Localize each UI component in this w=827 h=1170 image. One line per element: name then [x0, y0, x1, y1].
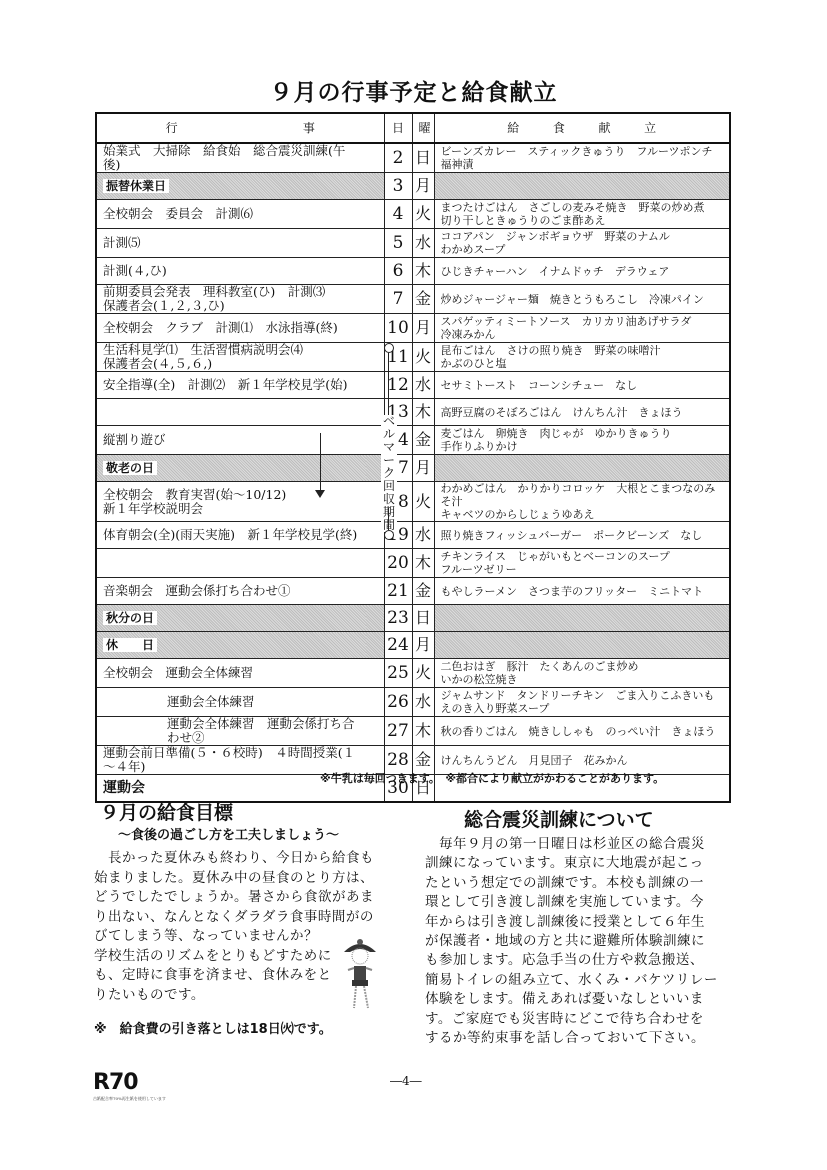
text-line: も参加します。応急手当の仕方や救急搬送、 [425, 951, 740, 970]
event-text: 運動会 [103, 780, 145, 796]
text-line: 年からは引き渡し訓練後に授業として６年生 [425, 913, 740, 932]
bellmark-cell [366, 632, 384, 659]
table-row: 敬老の日17月 [96, 455, 730, 482]
table-row: 前期委員会発表 理科教室(ひ) 計測⑶保護者会(１,２,３,ひ)7金炒めジャージ… [96, 285, 730, 314]
weekday-cell: 月 [412, 632, 434, 659]
event-cell: 計測(４,ひ) [96, 258, 366, 285]
text-line: 始まりました。夏休み中の昼食のとり方は、 [94, 869, 384, 889]
weekday-cell: 火 [412, 200, 434, 229]
menu-cell: ビーンズカレー スティックきゅうり フルーツポンチ福神漬 [434, 143, 730, 173]
table-row: 13木高野豆腐のそぼろごはん けんちん汁 きょほう [96, 399, 730, 426]
event-cell: 生活科見学⑴ 生活習慣病説明会⑷保護者会(４,５,６,) [96, 343, 366, 372]
weekday-cell: 月 [412, 173, 434, 200]
weekday-cell: 日 [412, 143, 434, 173]
menu-cell: ココアパン ジャンボギョウザ 野菜のナムルわかめスープ [434, 229, 730, 258]
event-text: 保護者会(４,５,６,) [103, 356, 212, 371]
table-row: 秋分の日23日 [96, 605, 730, 632]
event-text: 運動会全体練習 運動会係打ち合わせ② [167, 716, 355, 745]
event-cell: 秋分の日 [96, 605, 366, 632]
school-visit-arrow-line [320, 433, 321, 493]
bellmark-cell [366, 549, 384, 578]
menu-line: えのき入り野菜スープ [441, 702, 724, 715]
arrow-down-icon [315, 490, 325, 498]
menu-line: 二色おはぎ 豚汁 たくあんのごま炒め [441, 660, 724, 673]
weekday-cell: 金 [412, 578, 434, 605]
girl-illustration-icon [340, 938, 380, 1010]
event-text: 計測(４,ひ) [103, 263, 167, 278]
day-cell: 4 [384, 200, 412, 229]
bellmark-cell [366, 688, 384, 717]
bellmark-cell [366, 717, 384, 746]
table-row: 全校朝会 委員会 計測⑹4火まつたけごはん さごしの麦みそ焼き 野菜の炒め煮切り… [96, 200, 730, 229]
event-cell: 全校朝会 クラブ 計測⑴ 水泳指導(終) [96, 314, 366, 343]
weekday-cell: 水 [412, 229, 434, 258]
table-row: 縦割り遊び14金麦ごはん 卵焼き 肉じゃが ゆかりきゅうり手作りふりかけ [96, 426, 730, 455]
holiday-label: 休 日 [103, 638, 157, 652]
event-cell: 全校朝会 委員会 計測⑹ [96, 200, 366, 229]
menu-line: フルーツゼリー [441, 563, 724, 576]
weekday-cell: 金 [412, 426, 434, 455]
table-header-row: 行 事 日 曜 給 食 献 立 [96, 113, 730, 143]
menu-cell: 高野豆腐のそぼろごはん けんちん汁 きょほう [434, 399, 730, 426]
weekday-cell: 水 [412, 688, 434, 717]
table-row: 計測⑸5水ココアパン ジャンボギョウザ 野菜のナムルわかめスープ [96, 229, 730, 258]
menu-line: スパゲッティミートソース カリカリ油あげサラダ [441, 315, 724, 328]
menu-cell: もやしラーメン さつま芋のフリッター ミニトマト [434, 578, 730, 605]
bellmark-line [388, 353, 389, 415]
event-text: 運動会前日準備(５・６校時) ４時間授業(１～４年) [103, 745, 355, 774]
bellmark-cell [366, 659, 384, 688]
table-row: 音楽朝会 運動会係打ち合わせ①21金もやしラーメン さつま芋のフリッター ミニト… [96, 578, 730, 605]
table-row: 計測(４,ひ)6木ひじきチャーハン イナムドゥチ デラウェア [96, 258, 730, 285]
event-cell: 音楽朝会 運動会係打ち合わせ① [96, 578, 366, 605]
menu-cell: 照り焼きフィッシュバーガー ポークビーンズ なし [434, 522, 730, 549]
weekday-cell: 月 [412, 455, 434, 482]
header-menu-char: 給 [507, 121, 519, 135]
text-line: 体験をします。備えあれば憂いなしといいま [425, 990, 740, 1009]
menu-cell: スパゲッティミートソース カリカリ油あげサラダ冷凍みかん [434, 314, 730, 343]
bellmark-cell [366, 143, 384, 173]
event-text: 縦割り遊び [103, 432, 166, 447]
event-text: 新１年学校説明会 [103, 501, 203, 516]
bellmark-cell [366, 258, 384, 285]
weekday-cell: 月 [412, 314, 434, 343]
text-line: す。ご家庭でも災害時にどこで待ち合わせを [425, 1010, 740, 1029]
text-line: 訓練になっています。東京に大地震が起こっ [425, 854, 740, 873]
menu-line: 昆布ごはん さけの照り焼き 野菜の味噌汁 [441, 344, 724, 357]
table-row: 体育朝会(全)(雨天実施) 新１年学校見学(終)19水照り焼きフィッシュバーガー… [96, 522, 730, 549]
table-row: 運動会全体練習26水ジャムサンド タンドリーチキン ごま入りこふきいもえのき入り… [96, 688, 730, 717]
event-text: 生活科見学⑴ 生活習慣病説明会⑷ [103, 342, 303, 357]
menu-line: 手作りふりかけ [441, 440, 724, 453]
text-line: が保護者・地域の方と共に避難所体験訓練に [425, 932, 740, 951]
table-row: 運動会全体練習 運動会係打ち合わせ②27木秋の香りごはん 焼きししゃも のっぺい… [96, 717, 730, 746]
menu-line: まつたけごはん さごしの麦みそ焼き 野菜の炒め煮 [441, 201, 724, 214]
bellmark-cell [366, 285, 384, 314]
weekday-cell: 木 [412, 717, 434, 746]
menu-line: チキンライス じゃがいもとベーコンのスープ [441, 550, 724, 563]
menu-cell: チキンライス じゃがいもとベーコンのスープフルーツゼリー [434, 549, 730, 578]
menu-cell: 麦ごはん 卵焼き 肉じゃが ゆかりきゅうり手作りふりかけ [434, 426, 730, 455]
bellmark-cell [366, 229, 384, 258]
table-row: 振替休業日3月 [96, 173, 730, 200]
menu-cell: ジャムサンド タンドリーチキン ごま入りこふきいもえのき入り野菜スープ [434, 688, 730, 717]
text-line: どうでしたでしょうか。暑さから食欲があま [94, 888, 384, 908]
event-text: 保護者会(１,２,３,ひ) [103, 298, 225, 313]
event-text: 前期委員会発表 理科教室(ひ) 計測⑶ [103, 284, 325, 299]
recycled-paper-logo: R70 [93, 1070, 138, 1095]
holiday-label: 敬老の日 [103, 461, 157, 475]
header-menu: 給 食 献 立 [434, 113, 730, 143]
bellmark-cell [366, 200, 384, 229]
bellmark-cell [366, 314, 384, 343]
menu-cell: セサミトースト コーンシチュー なし [434, 372, 730, 399]
lunch-goal-subheading: ～食後の過ごし方を工夫しましょう～ [118, 824, 339, 843]
event-cell: 休 日 [96, 632, 366, 659]
weekday-cell: 日 [412, 605, 434, 632]
weekday-cell: 木 [412, 258, 434, 285]
header-menu-char: 食 [553, 121, 565, 135]
menu-line: 冷凍みかん [441, 328, 724, 341]
event-text: 音楽朝会 運動会係打ち合わせ① [103, 583, 291, 598]
menu-line: キャベツのからしじょうゆあえ [441, 508, 724, 521]
day-cell: 24 [384, 632, 412, 659]
menu-line: もやしラーメン さつま芋のフリッター ミニトマト [441, 585, 724, 598]
day-cell: 23 [384, 605, 412, 632]
event-text: 運動会全体練習 [167, 694, 255, 709]
weekday-cell: 木 [412, 399, 434, 426]
event-cell: 体育朝会(全)(雨天実施) 新１年学校見学(終) [96, 522, 366, 549]
menu-notes: ※牛乳は毎回つきます。 ※都合により献立がかわることがあります。 [320, 770, 664, 786]
event-cell: 振替休業日 [96, 173, 366, 200]
event-cell: 縦割り遊び [96, 426, 366, 455]
bellmark-cell [366, 605, 384, 632]
weekday-cell: 水 [412, 522, 434, 549]
menu-line: 炒めジャージャー麺 焼きとうもろこし 冷凍パイン [441, 293, 724, 306]
weekday-cell: 水 [412, 372, 434, 399]
page-title: ９月の行事予定と給食献立 [0, 74, 827, 107]
earthquake-drill-heading: 総合震災訓練について [464, 805, 654, 832]
header-event-left: 行 [166, 121, 178, 135]
text-line: 毎年９月の第一日曜日は杉並区の総合震災 [425, 835, 740, 854]
schedule-table: 行 事 日 曜 給 食 献 立 始業式 大掃除 給食始 総合震災訓練(午後)2日… [95, 112, 731, 803]
table-row: 全校朝会 教育実習(始～10/12)新１年学校説明会18火わかめごはん かりかり… [96, 482, 730, 522]
event-text: 始業式 大掃除 給食始 総合震災訓練(午後) [103, 143, 345, 172]
menu-line: いかの松笠焼き [441, 673, 724, 686]
menu-line: けんちんうどん 月見団子 花みかん [441, 754, 724, 767]
day-cell: 3 [384, 173, 412, 200]
header-dow: 曜 [412, 113, 434, 143]
text-line: り出ない、なんとなくダラダラ食事時間がの [94, 908, 384, 928]
menu-cell: わかめごはん かりかりコロッケ 大根とこまつなのみそ汁キャベツのからしじょうゆあ… [434, 482, 730, 522]
holiday-label: 秋分の日 [103, 611, 157, 625]
table-row: 安全指導(全) 計測⑵ 新１年学校見学(始)12水セサミトースト コーンシチュー… [96, 372, 730, 399]
day-cell: 10 [384, 314, 412, 343]
menu-line: ジャムサンド タンドリーチキン ごま入りこふきいも [441, 689, 724, 702]
menu-cell: 昆布ごはん さけの照り焼き 野菜の味噌汁かぶのひと塩 [434, 343, 730, 372]
menu-line: ひじきチャーハン イナムドゥチ デラウェア [441, 265, 724, 278]
menu-cell: 炒めジャージャー麺 焼きとうもろこし 冷凍パイン [434, 285, 730, 314]
weekday-cell: 火 [412, 482, 434, 522]
event-cell [96, 549, 366, 578]
event-cell: 運動会全体練習 運動会係打ち合わせ② [96, 717, 366, 746]
menu-line: わかめごはん かりかりコロッケ 大根とこまつなのみそ汁 [441, 482, 724, 508]
header-day: 日 [384, 113, 412, 143]
weekday-cell: 火 [412, 343, 434, 372]
header-event-right: 事 [303, 121, 315, 135]
menu-cell [434, 455, 730, 482]
menu-line: ビーンズカレー スティックきゅうり フルーツポンチ [441, 145, 724, 158]
menu-cell [434, 173, 730, 200]
table-row: 20木チキンライス じゃがいもとベーコンのスープフルーツゼリー [96, 549, 730, 578]
event-text: 安全指導(全) 計測⑵ 新１年学校見学(始) [103, 377, 348, 392]
day-cell: 7 [384, 285, 412, 314]
event-cell: 敬老の日 [96, 455, 366, 482]
text-line: 簡易トイレの組み立て、水くみ・バケツリレー [425, 971, 740, 990]
day-cell: 25 [384, 659, 412, 688]
weekday-cell: 木 [412, 549, 434, 578]
menu-cell [434, 632, 730, 659]
menu-cell [434, 605, 730, 632]
day-cell: 26 [384, 688, 412, 717]
event-cell: 前期委員会発表 理科教室(ひ) 計測⑶保護者会(１,２,３,ひ) [96, 285, 366, 314]
lunch-fee-note: ※ 給食費の引き落としは18日㈫です。 [94, 1018, 332, 1037]
event-cell: 運動会全体練習 [96, 688, 366, 717]
day-cell: 21 [384, 578, 412, 605]
day-cell: 5 [384, 229, 412, 258]
menu-line: 秋の香りごはん 焼きししゃも のっぺい汁 きょほう [441, 725, 724, 738]
menu-line: セサミトースト コーンシチュー なし [441, 379, 724, 392]
event-text: 全校朝会 教育実習(始～10/12) [103, 487, 286, 502]
event-cell: 全校朝会 運動会全体練習 [96, 659, 366, 688]
menu-line: 福神漬 [441, 158, 724, 171]
text-line: 長かった夏休みも終わり、今日から給食も [94, 849, 384, 869]
text-line: 環として引き渡し訓練を実施しています。今 [425, 893, 740, 912]
header-event: 行 事 [96, 113, 384, 143]
holiday-label: 振替休業日 [103, 179, 169, 193]
earthquake-drill-body: 毎年９月の第一日曜日は杉並区の総合震災 訓練になっています。東京に大地震が起こっ… [425, 835, 740, 1048]
table-row: 全校朝会 クラブ 計測⑴ 水泳指導(終)10月スパゲッティミートソース カリカリ… [96, 314, 730, 343]
bellmark-line [388, 508, 389, 530]
event-cell: 安全指導(全) 計測⑵ 新１年学校見学(始) [96, 372, 366, 399]
lunch-goal-heading: ９月の給食目標 [100, 798, 233, 825]
bellmark-period-marker: ベルマーク回収期間 [381, 343, 399, 539]
event-cell [96, 399, 366, 426]
event-text: 体育朝会(全)(雨天実施) 新１年学校見学(終) [103, 527, 357, 542]
recycled-paper-caption: 古紙配合率70%再生紙を使用しています [93, 1096, 166, 1102]
weekday-cell: 金 [412, 285, 434, 314]
menu-cell: 秋の香りごはん 焼きししゃも のっぺい汁 きょほう [434, 717, 730, 746]
day-cell: 20 [384, 549, 412, 578]
menu-line: 麦ごはん 卵焼き 肉じゃが ゆかりきゅうり [441, 427, 724, 440]
day-cell: 2 [384, 143, 412, 173]
page-number: ―4― [390, 1074, 422, 1088]
event-text: 全校朝会 委員会 計測⑹ [103, 206, 253, 221]
day-cell: 27 [384, 717, 412, 746]
header-menu-char: 立 [644, 121, 656, 135]
event-text: 全校朝会 クラブ 計測⑴ 水泳指導(終) [103, 320, 338, 335]
menu-cell: ひじきチャーハン イナムドゥチ デラウェア [434, 258, 730, 285]
menu-cell: 二色おはぎ 豚汁 たくあんのごま炒めいかの松笠焼き [434, 659, 730, 688]
text-line: するか等約束事を話し合っておいて下さい。 [425, 1029, 740, 1048]
table-row: 休 日24月 [96, 632, 730, 659]
event-text: 全校朝会 運動会全体練習 [103, 665, 253, 680]
event-cell: 始業式 大掃除 給食始 総合震災訓練(午後) [96, 143, 366, 173]
day-cell: 6 [384, 258, 412, 285]
menu-cell: まつたけごはん さごしの麦みそ焼き 野菜の炒め煮切り干しときゅうりのごま酢あえ [434, 200, 730, 229]
menu-line: 照り焼きフィッシュバーガー ポークビーンズ なし [441, 529, 724, 542]
bellmark-cell [366, 578, 384, 605]
menu-line: わかめスープ [441, 243, 724, 256]
table-row: 全校朝会 運動会全体練習25火二色おはぎ 豚汁 たくあんのごま炒めいかの松笠焼き [96, 659, 730, 688]
weekday-cell: 火 [412, 659, 434, 688]
bellmark-label: ベルマーク回収期間 [381, 415, 397, 532]
bellmark-cell [366, 173, 384, 200]
end-circle-icon [384, 530, 394, 540]
menu-line: かぶのひと塩 [441, 357, 724, 370]
menu-line: ココアパン ジャンボギョウザ 野菜のナムル [441, 230, 724, 243]
event-cell: 計測⑸ [96, 229, 366, 258]
table-row: 生活科見学⑴ 生活習慣病説明会⑷保護者会(４,５,６,)11火昆布ごはん さけの… [96, 343, 730, 372]
text-line: たという想定での訓練です。本校も訓練の一 [425, 874, 740, 893]
header-menu-char: 献 [599, 121, 611, 135]
event-text: 計測⑸ [103, 235, 141, 250]
table-row: 始業式 大掃除 給食始 総合震災訓練(午後)2日ビーンズカレー スティックきゅう… [96, 143, 730, 173]
menu-line: 切り干しときゅうりのごま酢あえ [441, 214, 724, 227]
event-cell: 全校朝会 教育実習(始～10/12)新１年学校説明会 [96, 482, 366, 522]
start-circle-icon [384, 343, 394, 353]
menu-line: 高野豆腐のそぼろごはん けんちん汁 きょほう [441, 406, 724, 419]
